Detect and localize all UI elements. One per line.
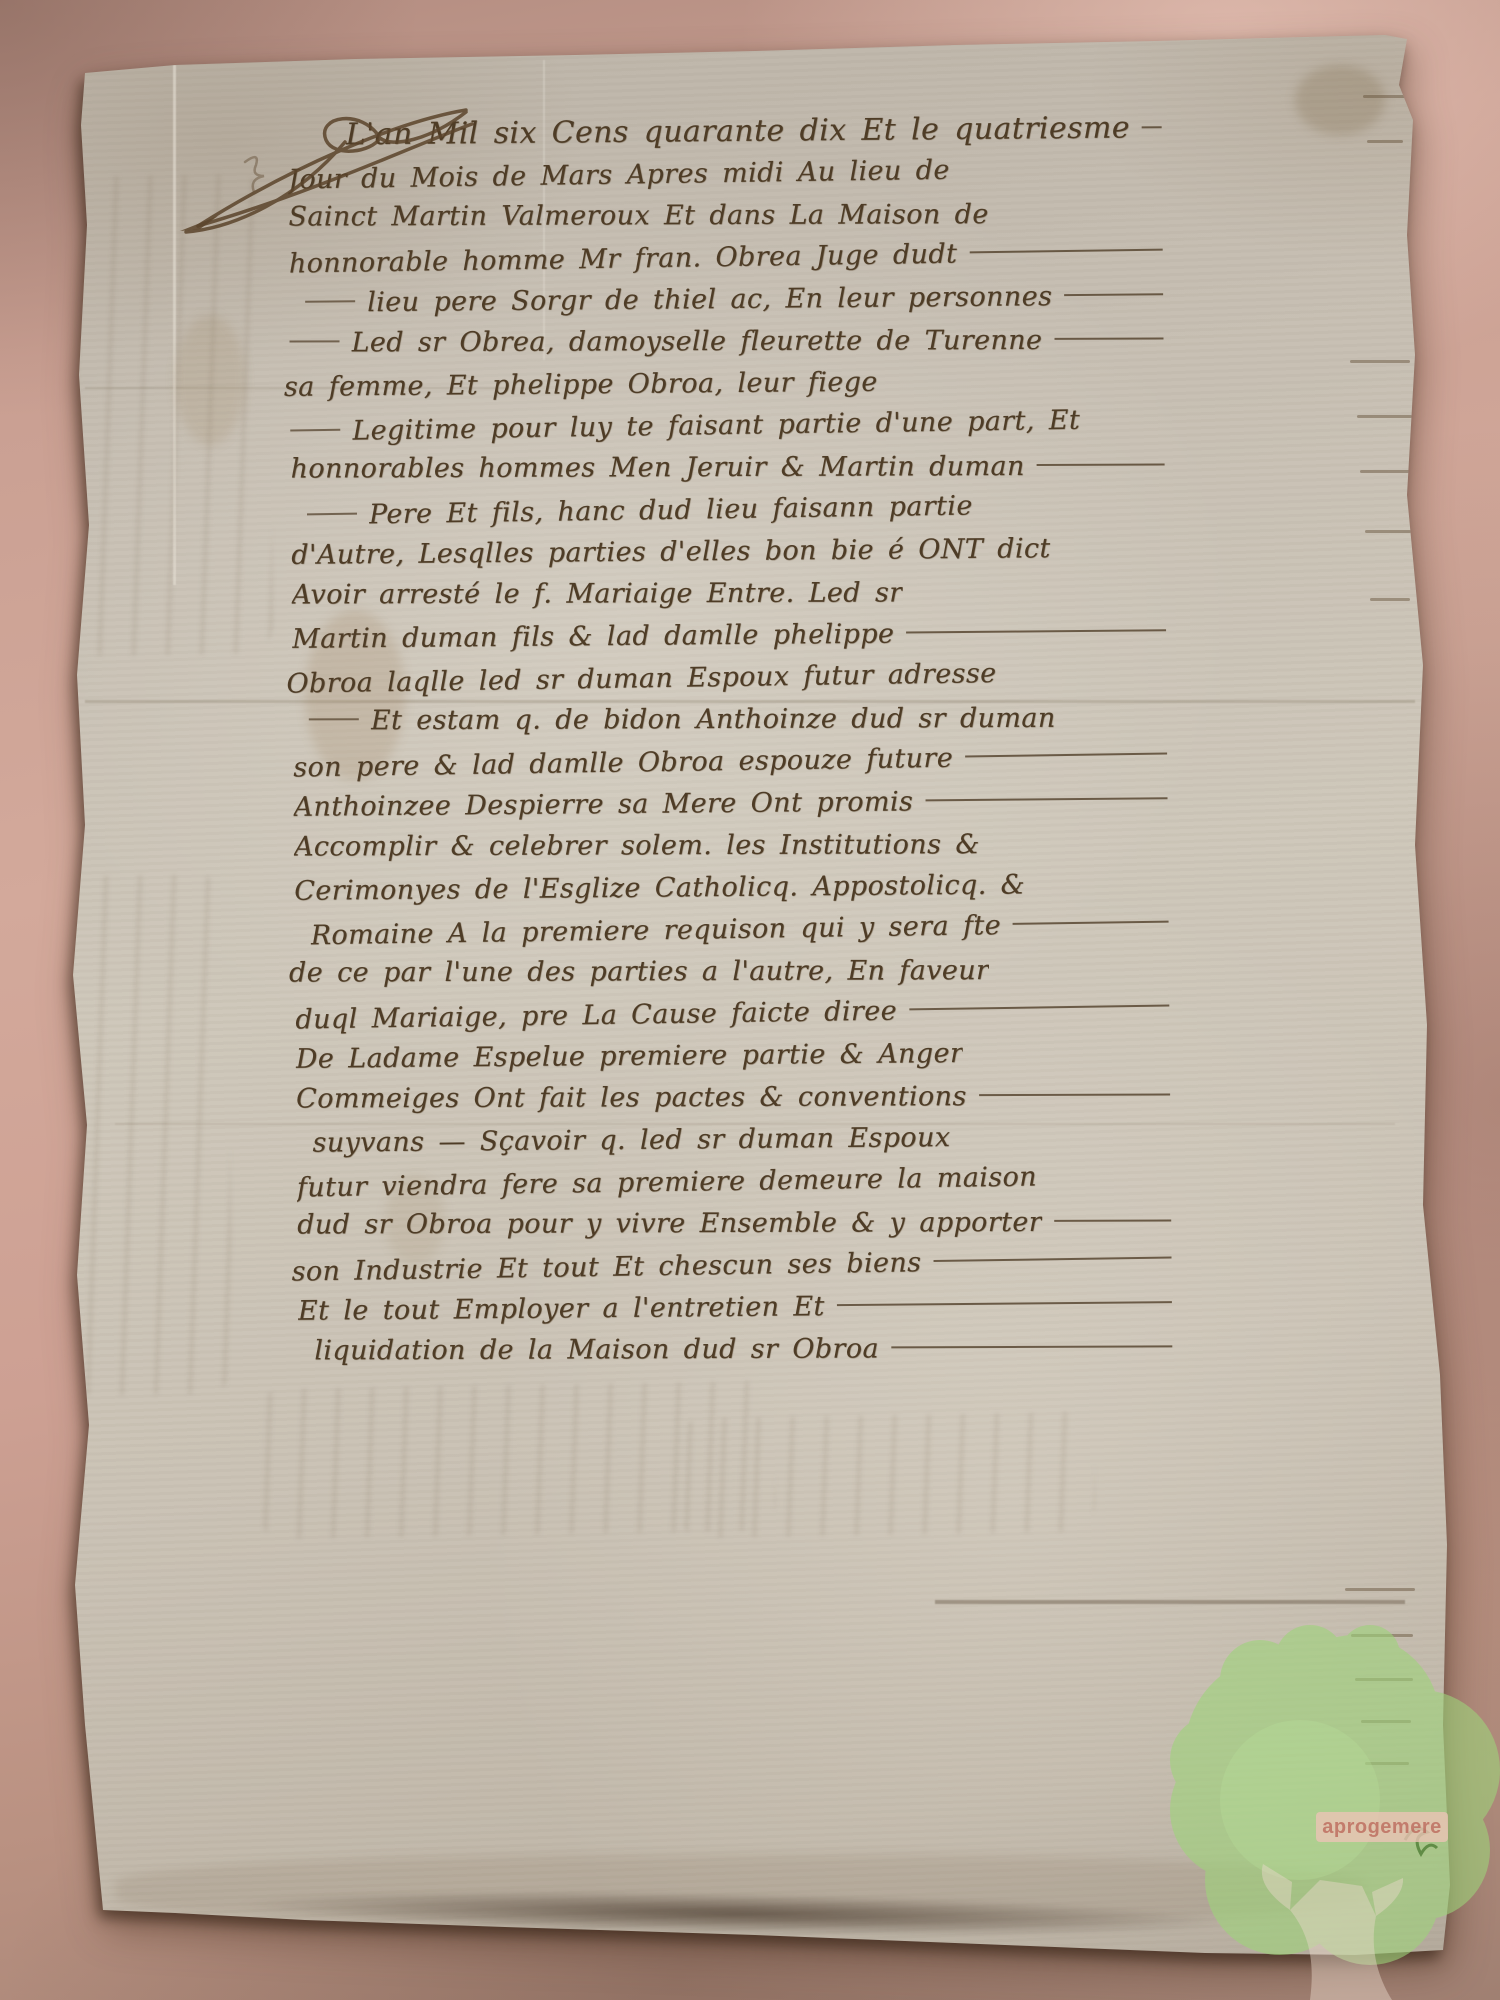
page-edge-tick <box>1363 95 1405 98</box>
bleedthrough-text <box>674 1411 1096 1538</box>
manuscript-text-block: L'an Mil six Cens quarante dix Et le qua… <box>288 107 1177 1375</box>
paraph-flourish <box>140 80 480 240</box>
bleedthrough-text <box>55 874 234 1397</box>
page-edge-tick <box>1345 1588 1415 1591</box>
manuscript-line: liquidation de la Maison dud sr Obroa <box>314 1327 1176 1372</box>
grime-stain <box>1295 65 1385 135</box>
manuscript-line: Led sr Obrea, damoyselle fleurette de Tu… <box>289 319 1167 364</box>
page-edge-tick <box>1357 415 1412 418</box>
ink-stain <box>175 315 245 445</box>
page-edge-tick <box>1367 140 1403 143</box>
bleedthrough-text <box>66 173 274 656</box>
page-edge-tick <box>1360 470 1410 473</box>
bleedthrough-text <box>254 1380 777 1539</box>
manuscript-line: Commeiges Ont fait les pactes & conventi… <box>296 1075 1174 1120</box>
page-edge-tick <box>1365 530 1411 533</box>
watermark-tree-icon <box>1120 1600 1500 2000</box>
watermark-label: aprogemere <box>1316 1812 1448 1842</box>
page-edge-tick <box>1370 598 1410 601</box>
photo-background: L'an Mil six Cens quarante dix Et le qua… <box>0 0 1500 2000</box>
manuscript-line: Avoir arresté le f. Mariaige Entre. Led … <box>292 571 1170 616</box>
page-edge-tick <box>1350 360 1410 363</box>
manuscript-line: Accomplir & celebrer solem. les Institut… <box>294 823 1172 868</box>
